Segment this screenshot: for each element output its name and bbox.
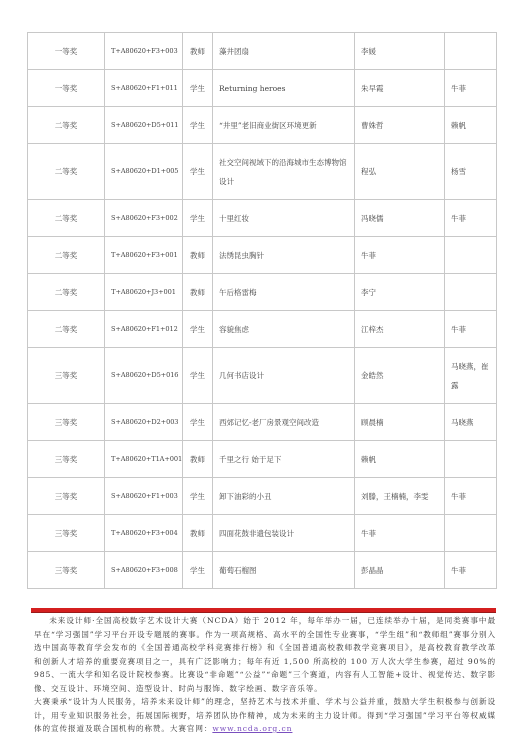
title-cell: 容貌焦虑 [213,311,355,348]
author-cell: 彭晶晶 [355,552,445,589]
award-cell: 三等奖 [28,552,105,589]
table-row: 二等奖S+A80620+D5+011学生“井里”老旧商业街区环境更新曹姝哲赖帆 [28,107,497,144]
code-cell: T+A80620+F3+001 [105,237,183,274]
table-row: 三等奖S+A80620+D5+016学生几何书店设计金皓然马晓燕，崔露 [28,348,497,404]
footer-paragraph-2: 大赛秉承“设计为人民服务，培养未来设计师”的理念，坚持艺术与技术并重、学术与公益… [34,695,496,736]
code-cell: S+A80620+D1+005 [105,144,183,200]
code-cell: T+A80620+T1A+001 [105,441,183,478]
footer-paragraph-1: 未来设计师·全国高校数字艺术设计大赛（NCDA）始于 2012 年，每年举办一届… [34,614,496,695]
award-cell: 三等奖 [28,441,105,478]
type-cell: 学生 [183,404,213,441]
advisor-cell [445,33,497,70]
code-cell: T+A80620+J3+001 [105,274,183,311]
table-row: 二等奖T+A80620+J3+001教师午后格雷梅李宁 [28,274,497,311]
code-cell: S+A80620+F1+003 [105,478,183,515]
type-cell: 教师 [183,237,213,274]
code-cell: S+A80620+F1+011 [105,70,183,107]
author-cell: 牛菲 [355,515,445,552]
advisor-cell: 牛菲 [445,200,497,237]
type-cell: 学生 [183,144,213,200]
award-cell: 二等奖 [28,311,105,348]
award-cell: 一等奖 [28,33,105,70]
author-cell: 金皓然 [355,348,445,404]
award-cell: 三等奖 [28,478,105,515]
title-cell: 千里之行 始于足下 [213,441,355,478]
title-cell: 葡萄石榴图 [213,552,355,589]
type-cell: 教师 [183,33,213,70]
footer-description: 未来设计师·全国高校数字艺术设计大赛（NCDA）始于 2012 年，每年举办一届… [34,614,496,736]
advisor-cell: 马晓燕，崔露 [445,348,497,404]
title-cell: 卸下油彩的小丑 [213,478,355,515]
author-cell: 牛菲 [355,237,445,274]
code-cell: S+A80620+F3+008 [105,552,183,589]
awards-table: 一等奖T+A80620+F3+003教师藻井团扇李媛一等奖S+A80620+F1… [27,32,497,589]
title-cell: Returning heroes [213,70,355,107]
advisor-cell: 杨雪 [445,144,497,200]
advisor-cell [445,237,497,274]
code-cell: S+A80620+D5+016 [105,348,183,404]
table-row: 二等奖S+A80620+F1+012学生容貌焦虑江梓杰牛菲 [28,311,497,348]
advisor-cell: 牛菲 [445,552,497,589]
type-cell: 学生 [183,478,213,515]
author-cell: 朱早霞 [355,70,445,107]
advisor-cell: 牛菲 [445,478,497,515]
table-row: 三等奖T+A80620+F3+004教师四面花鼓非遗包装设计牛菲 [28,515,497,552]
type-cell: 学生 [183,348,213,404]
awards-table-body: 一等奖T+A80620+F3+003教师藻井团扇李媛一等奖S+A80620+F1… [28,33,497,589]
type-cell: 教师 [183,441,213,478]
title-cell: “井里”老旧商业街区环境更新 [213,107,355,144]
author-cell: 赖帆 [355,441,445,478]
advisor-cell [445,274,497,311]
official-website-link[interactable]: www.ncda.org.cn [212,724,292,733]
code-cell: S+A80620+F3+002 [105,200,183,237]
table-row: 三等奖T+A80620+T1A+001教师千里之行 始于足下赖帆 [28,441,497,478]
award-cell: 一等奖 [28,70,105,107]
title-cell: 十里红妆 [213,200,355,237]
author-cell: 李媛 [355,33,445,70]
table-row: 二等奖S+A80620+D1+005学生社交空间视域下的沿海城市生态博物馆设计程… [28,144,497,200]
table-row: 一等奖S+A80620+F1+011学生Returning heroes朱早霞牛… [28,70,497,107]
author-cell: 曹姝哲 [355,107,445,144]
advisor-cell: 赖帆 [445,107,497,144]
code-cell: T+A80620+F3+003 [105,33,183,70]
advisor-cell [445,515,497,552]
advisor-cell: 牛菲 [445,311,497,348]
author-cell: 李宁 [355,274,445,311]
award-cell: 二等奖 [28,200,105,237]
code-cell: S+A80620+D2+003 [105,404,183,441]
award-cell: 二等奖 [28,144,105,200]
author-cell: 程弘 [355,144,445,200]
award-cell: 二等奖 [28,274,105,311]
advisor-cell [445,441,497,478]
table-row: 一等奖T+A80620+F3+003教师藻井团扇李媛 [28,33,497,70]
code-cell: T+A80620+F3+004 [105,515,183,552]
document-page: 一等奖T+A80620+F3+003教师藻井团扇李媛一等奖S+A80620+F1… [0,0,530,748]
table-row: 三等奖S+A80620+F1+003学生卸下油彩的小丑刘滕，王楠楠，李雯牛菲 [28,478,497,515]
award-cell: 二等奖 [28,237,105,274]
code-cell: S+A80620+D5+011 [105,107,183,144]
table-row: 三等奖S+A80620+F3+008学生葡萄石榴图彭晶晶牛菲 [28,552,497,589]
title-cell: 午后格雷梅 [213,274,355,311]
type-cell: 学生 [183,311,213,348]
title-cell: 几何书店设计 [213,348,355,404]
award-cell: 二等奖 [28,107,105,144]
title-cell: 藻井团扇 [213,33,355,70]
table-row: 二等奖T+A80620+F3+001教师法绣昆虫胸针牛菲 [28,237,497,274]
table-row: 三等奖S+A80620+D2+003学生西郊记忆-老厂房景观空间改造顾晨楠马晓燕 [28,404,497,441]
title-cell: 社交空间视域下的沿海城市生态博物馆设计 [213,144,355,200]
advisor-cell: 牛菲 [445,70,497,107]
award-cell: 三等奖 [28,515,105,552]
title-cell: 法绣昆虫胸针 [213,237,355,274]
advisor-cell: 马晓燕 [445,404,497,441]
red-divider [31,608,496,613]
code-cell: S+A80620+F1+012 [105,311,183,348]
author-cell: 江梓杰 [355,311,445,348]
type-cell: 教师 [183,274,213,311]
award-cell: 三等奖 [28,348,105,404]
author-cell: 顾晨楠 [355,404,445,441]
type-cell: 学生 [183,107,213,144]
author-cell: 刘滕，王楠楠，李雯 [355,478,445,515]
author-cell: 冯晓儒 [355,200,445,237]
title-cell: 四面花鼓非遗包装设计 [213,515,355,552]
title-cell: 西郊记忆-老厂房景观空间改造 [213,404,355,441]
type-cell: 教师 [183,515,213,552]
award-cell: 三等奖 [28,404,105,441]
type-cell: 学生 [183,70,213,107]
type-cell: 学生 [183,552,213,589]
type-cell: 学生 [183,200,213,237]
table-row: 二等奖S+A80620+F3+002学生十里红妆冯晓儒牛菲 [28,200,497,237]
